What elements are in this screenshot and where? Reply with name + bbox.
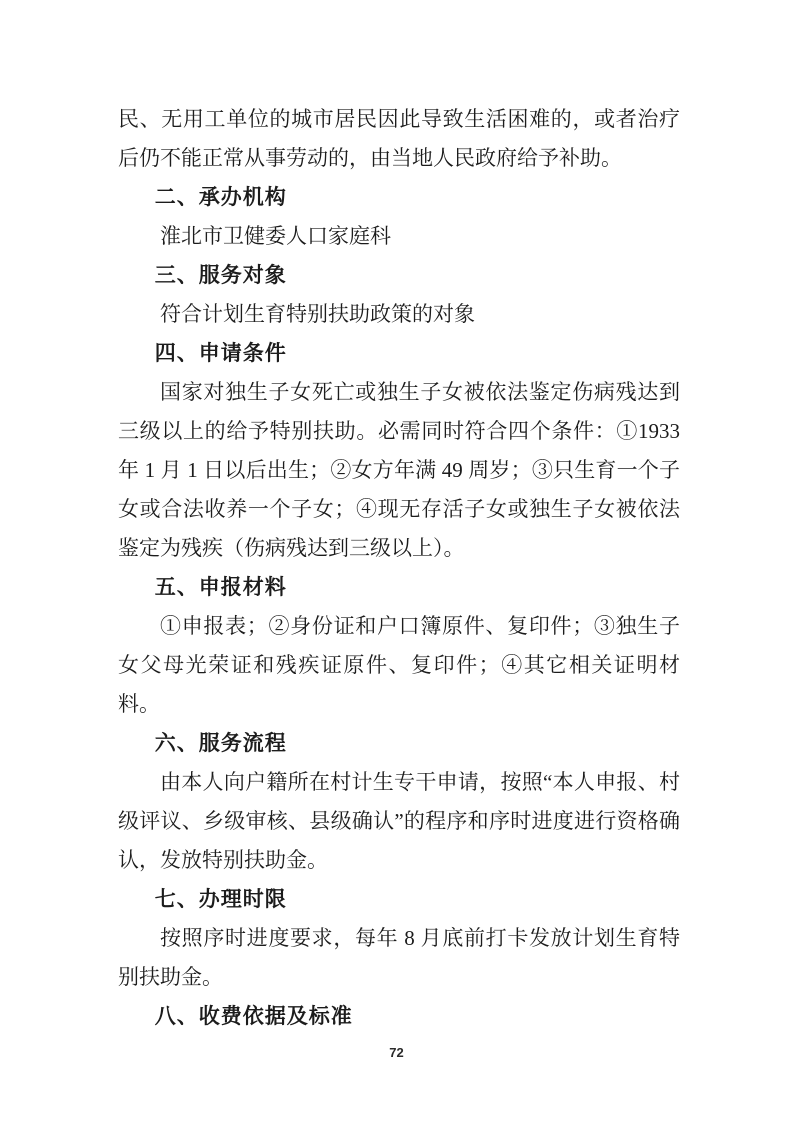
paragraph: ①申报表；②身份证和户口簿原件、复印件；③独生子女父母光荣证和残疾证原件、复印件… bbox=[118, 607, 680, 724]
section-heading: 四、申请条件 bbox=[118, 334, 680, 373]
section-heading: 六、服务流程 bbox=[118, 724, 680, 763]
document-content: 民、无用工单位的城市居民因此导致生活困难的，或者治疗后仍不能正常从事劳动的，由当… bbox=[118, 100, 680, 1036]
paragraph: 符合计划生育特别扶助政策的对象 bbox=[118, 295, 680, 334]
section-heading: 八、收费依据及标准 bbox=[118, 997, 680, 1036]
section-heading: 五、申报材料 bbox=[118, 568, 680, 607]
paragraph: 由本人向户籍所在村计生专干申请，按照“本人申报、村级评议、乡级审核、县级确认”的… bbox=[118, 763, 680, 880]
section-heading: 七、办理时限 bbox=[118, 880, 680, 919]
document-page: 民、无用工单位的城市居民因此导致生活困难的，或者治疗后仍不能正常从事劳动的，由当… bbox=[0, 0, 793, 1122]
section-heading: 三、服务对象 bbox=[118, 256, 680, 295]
section-heading: 二、承办机构 bbox=[118, 178, 680, 217]
paragraph: 民、无用工单位的城市居民因此导致生活困难的，或者治疗后仍不能正常从事劳动的，由当… bbox=[118, 100, 680, 178]
paragraph: 国家对独生子女死亡或独生子女被依法鉴定伤病残达到三级以上的给予特别扶助。必需同时… bbox=[118, 373, 680, 568]
paragraph: 按照序时进度要求，每年 8 月底前打卡发放计划生育特别扶助金。 bbox=[118, 919, 680, 997]
page-number: 72 bbox=[0, 1045, 793, 1060]
paragraph: 淮北市卫健委人口家庭科 bbox=[118, 217, 680, 256]
